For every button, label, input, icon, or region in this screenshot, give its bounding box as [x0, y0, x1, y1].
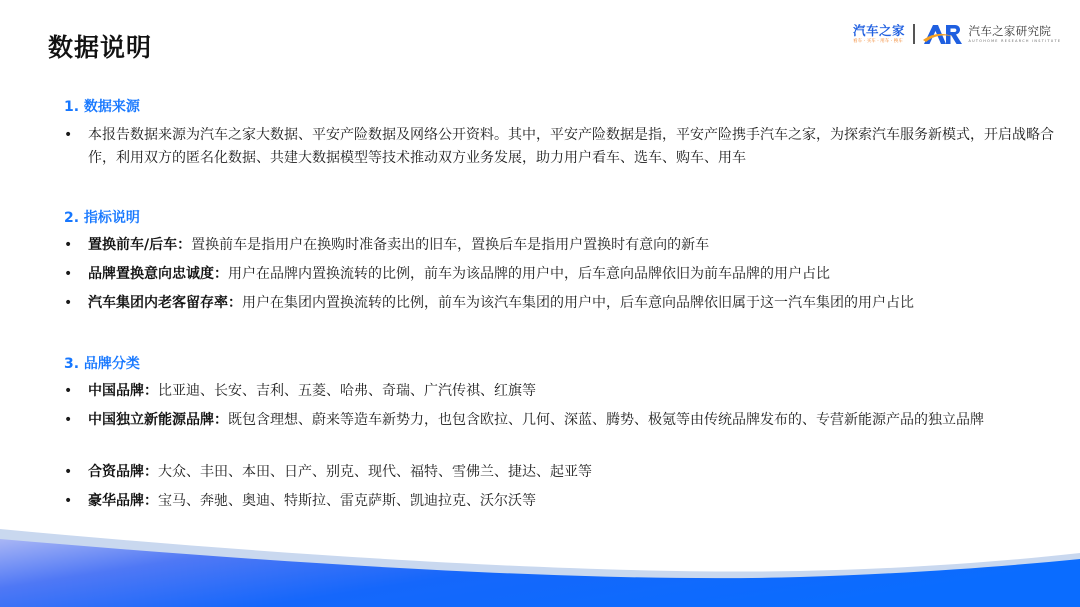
- institute-subtitle: AUTOHOME RESEARCH INSTITUTE: [969, 38, 1062, 44]
- section-heading-data-source: 1. 数据来源: [64, 96, 140, 116]
- list-item: • 豪华品牌：宝马、奔驰、奥迪、特斯拉、雷克萨斯、凯迪拉克、沃尔沃等: [64, 490, 1054, 513]
- bottom-wave-decoration: [0, 527, 1080, 607]
- section-heading-metrics: 2. 指标说明: [64, 207, 140, 227]
- bullet-icon: •: [64, 124, 88, 170]
- list-item-label: 置换前车/后车：: [88, 237, 191, 253]
- list-item-text: 置换前车是指用户在换购时准备卖出的旧车，置换后车是指用户置换时有意向的新车: [191, 237, 709, 253]
- ar-logo-icon: [922, 23, 966, 45]
- list-item-text: 用户在品牌内置换流转的比例，前车为该品牌的用户中，后车意向品牌依旧为前车品牌的用…: [228, 266, 830, 282]
- list-item-text: 用户在集团内置换流转的比例，前车为该汽车集团的用户中，后车意向品牌依旧属于这一汽…: [242, 295, 914, 311]
- institute-name: 汽车之家研究院: [969, 24, 1062, 38]
- list-item-label: 合资品牌：: [88, 464, 158, 480]
- list-item: • 中国独立新能源品牌：既包含理想、蔚来等造车新势力，也包含欧拉、几何、深蓝、腾…: [64, 409, 1054, 432]
- list-item-text: 比亚迪、长安、吉利、五菱、哈弗、奇瑞、广汽传祺、红旗等: [158, 383, 536, 399]
- list-item: • 中国品牌：比亚迪、长安、吉利、五菱、哈弗、奇瑞、广汽传祺、红旗等: [64, 380, 1054, 403]
- logo-divider: [913, 24, 915, 44]
- list-item: • 本报告数据来源为汽车之家大数据、平安产险数据及网络公开资料。其中，平安产险数…: [64, 124, 1054, 170]
- page-title: 数据说明: [48, 28, 152, 64]
- bullet-icon: •: [64, 234, 88, 257]
- list-item-label: 品牌置换意向忠诚度：: [88, 266, 228, 282]
- list-item-text: 既包含理想、蔚来等造车新势力，也包含欧拉、几何、深蓝、腾势、极氪等由传统品牌发布…: [228, 412, 984, 428]
- autohome-logo: 汽车之家 看车 · 买车 · 用车 · 换车: [853, 24, 905, 45]
- bullet-icon: •: [64, 461, 88, 484]
- list-item: • 品牌置换意向忠诚度：用户在品牌内置换流转的比例，前车为该品牌的用户中，后车意…: [64, 263, 1054, 286]
- header-logos: 汽车之家 看车 · 买车 · 用车 · 换车 汽车之家研究院 AUTOHOME …: [853, 20, 1061, 48]
- autohome-logo-tagline: 看车 · 买车 · 用车 · 换车: [853, 38, 903, 45]
- list-item-label: 汽车集团内老客留存率：: [88, 295, 242, 311]
- list-item-text: 本报告数据来源为汽车之家大数据、平安产险数据及网络公开资料。其中，平安产险数据是…: [88, 124, 1054, 170]
- list-item-text: 宝马、奔驰、奥迪、特斯拉、雷克萨斯、凯迪拉克、沃尔沃等: [158, 493, 536, 509]
- list-item: • 置换前车/后车：置换前车是指用户在换购时准备卖出的旧车，置换后车是指用户置换…: [64, 234, 1054, 257]
- bullet-icon: •: [64, 380, 88, 403]
- bullet-icon: •: [64, 263, 88, 286]
- bullet-icon: •: [64, 490, 88, 513]
- bullet-icon: •: [64, 292, 88, 315]
- list-item-label: 豪华品牌：: [88, 493, 158, 509]
- autohome-logo-name: 汽车之家: [853, 24, 905, 38]
- list-item-label: 中国独立新能源品牌：: [88, 412, 228, 428]
- list-item-text: 大众、丰田、本田、日产、别克、现代、福特、雪佛兰、捷达、起亚等: [158, 464, 592, 480]
- bullet-icon: •: [64, 409, 88, 432]
- section-heading-brand-categories: 3. 品牌分类: [64, 353, 140, 373]
- institute-logo-text: 汽车之家研究院 AUTOHOME RESEARCH INSTITUTE: [969, 24, 1062, 44]
- list-item-label: 中国品牌：: [88, 383, 158, 399]
- list-item: • 汽车集团内老客留存率：用户在集团内置换流转的比例，前车为该汽车集团的用户中，…: [64, 292, 1054, 315]
- list-item: • 合资品牌：大众、丰田、本田、日产、别克、现代、福特、雪佛兰、捷达、起亚等: [64, 461, 1054, 484]
